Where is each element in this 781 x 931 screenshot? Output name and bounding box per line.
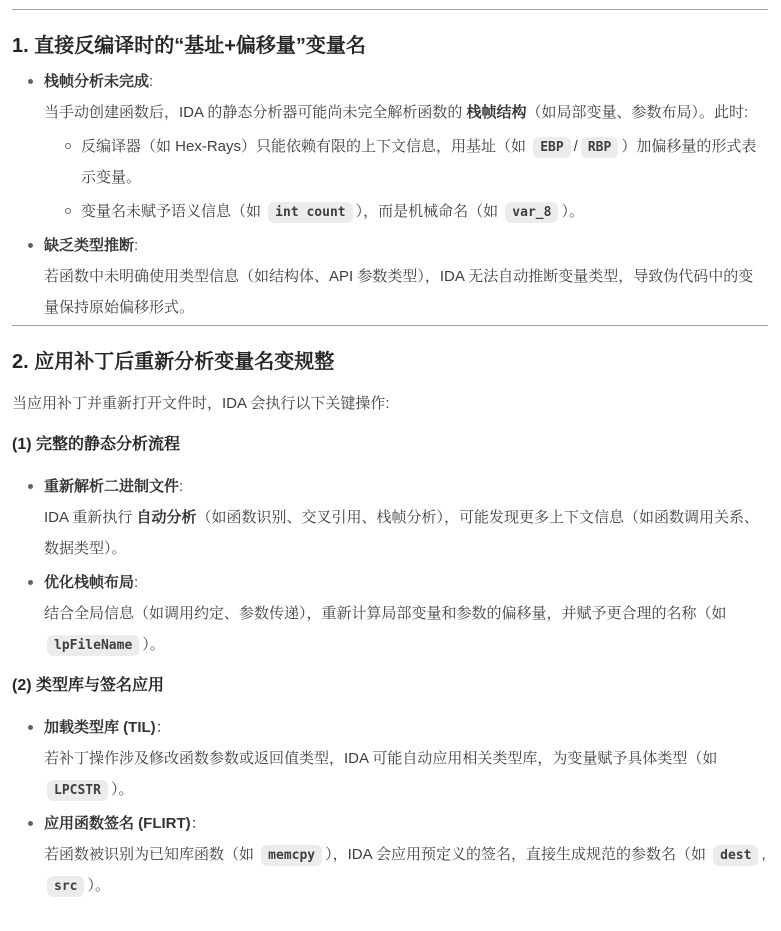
list-item-paragraph: 当手动创建函数后，IDA 的静态分析器可能尚未完全解析函数的 栈帧结构（如局部变… — [44, 97, 768, 128]
text-run: 若补丁操作涉及修改函数参数或返回值类型，IDA 可能自动应用相关类型库，为变量赋… — [44, 750, 717, 767]
divider-section — [12, 325, 768, 326]
text-run: ）。 — [87, 877, 110, 894]
subsection-2-list: 加载类型库 (TIL)： 若补丁操作涉及修改函数参数或返回值类型，IDA 可能自… — [12, 712, 768, 901]
list-item-type-inference: 缺乏类型推断: 若函数中未明确使用类型信息（如结构体、API 参数类型），IDA… — [44, 230, 768, 323]
list-item-label: 优化栈帧布局 — [44, 574, 134, 591]
code-span-lpcstr: LPCSTR — [47, 780, 108, 801]
list-item-label-line: 重新解析二进制文件: — [44, 471, 768, 502]
label-colon: ： — [191, 815, 206, 832]
list-item-stack-frame: 栈帧分析未完成: 当手动创建函数后，IDA 的静态分析器可能尚未完全解析函数的 … — [44, 66, 768, 227]
document: 1. 直接反编译时的“基址+偏移量”变量名 栈帧分析未完成: 当手动创建函数后，… — [0, 0, 781, 901]
code-span-int-count: int count — [268, 202, 352, 223]
section-2-intro: 当应用补丁并重新打开文件时，IDA 会执行以下关键操作: — [12, 388, 768, 419]
text-run: ）。 — [142, 636, 165, 653]
text-run: 若函数被识别为已知库函数（如 — [44, 846, 258, 863]
text-run: ），而是机械命名（如 — [356, 203, 503, 220]
section-1-heading: 1. 直接反编译时的“基址+偏移量”变量名 — [12, 32, 768, 60]
sublist-item-paragraph: 反编译器（如 Hex-Rays）只能依赖有限的上下文信息，用基址（如 EBP/R… — [81, 131, 768, 193]
list-item-flirt: 应用函数签名 (FLIRT)： 若函数被识别为已知库函数（如 memcpy），I… — [44, 808, 768, 901]
list-item-label-line: 栈帧分析未完成: — [44, 66, 768, 97]
section-2-heading: 2. 应用补丁后重新分析变量名变规整 — [12, 348, 768, 376]
subsection-1-heading: (1) 完整的静态分析流程 — [12, 433, 768, 457]
divider-top — [12, 9, 768, 10]
text-run: 若函数中未明确使用类型信息（如结构体、API 参数类型），IDA 无法自动推断变… — [44, 268, 753, 316]
subsection-2-heading: (2) 类型库与签名应用 — [12, 674, 768, 698]
list-item-reparse: 重新解析二进制文件: IDA 重新执行 自动分析（如函数识别、交叉引用、栈帧分析… — [44, 471, 768, 564]
list-item-til: 加载类型库 (TIL)： 若补丁操作涉及修改函数参数或返回值类型，IDA 可能自… — [44, 712, 768, 805]
code-span-memcpy: memcpy — [261, 845, 322, 866]
list-item-paragraph: 结合全局信息（如调用约定、参数传递），重新计算局部变量和参数的偏移量，并赋予更合… — [44, 598, 768, 660]
text-run: ）。 — [111, 781, 134, 798]
list-item-label: 应用函数签名 (FLIRT) — [44, 815, 191, 832]
code-span-ebp: EBP — [533, 137, 570, 158]
label-colon: : — [149, 73, 153, 90]
text-run: 结合全局信息（如调用约定、参数传递），重新计算局部变量和参数的偏移量，并赋予更合… — [44, 605, 727, 622]
sublist-item-decompiler: 反编译器（如 Hex-Rays）只能依赖有限的上下文信息，用基址（如 EBP/R… — [81, 131, 768, 193]
sublist-item-varname: 变量名未赋予语义信息（如 int count），而是机械命名（如 var_8）。 — [81, 196, 768, 227]
code-span-lpfilename: lpFileName — [47, 635, 139, 656]
code-span-dest: dest — [713, 845, 758, 866]
code-span-rbp: RBP — [581, 137, 618, 158]
list-item-label-line: 应用函数签名 (FLIRT)： — [44, 808, 768, 839]
sublist: 反编译器（如 Hex-Rays）只能依赖有限的上下文信息，用基址（如 EBP/R… — [44, 131, 768, 227]
list-item-paragraph: 若函数中未明确使用类型信息（如结构体、API 参数类型），IDA 无法自动推断变… — [44, 261, 768, 323]
list-item-label: 栈帧分析未完成 — [44, 73, 149, 90]
text-run: , — [761, 846, 765, 863]
text-run: 当手动创建函数后，IDA 的静态分析器可能尚未完全解析函数的 — [44, 104, 467, 121]
label-colon: : — [179, 478, 183, 495]
text-run: ）。 — [561, 203, 584, 220]
text-run: / — [574, 138, 578, 155]
list-item-label-line: 加载类型库 (TIL)： — [44, 712, 768, 743]
section-reanalysis: 2. 应用补丁后重新分析变量名变规整 当应用补丁并重新打开文件时，IDA 会执行… — [12, 348, 768, 901]
code-span-var8: var_8 — [505, 202, 558, 223]
text-run: 变量名未赋予语义信息（如 — [81, 203, 265, 220]
bold-run: 自动分析 — [137, 509, 197, 526]
text-run: IDA 重新执行 — [44, 509, 137, 526]
section-1-list: 栈帧分析未完成: 当手动创建函数后，IDA 的静态分析器可能尚未完全解析函数的 … — [12, 66, 768, 323]
code-span-src: src — [47, 876, 84, 897]
list-item-label-line: 缺乏类型推断: — [44, 230, 768, 261]
list-item-paragraph: 若函数被识别为已知库函数（如 memcpy），IDA 会应用预定义的签名，直接生… — [44, 839, 768, 901]
sublist-item-paragraph: 变量名未赋予语义信息（如 int count），而是机械命名（如 var_8）。 — [81, 196, 768, 227]
label-colon: : — [134, 237, 138, 254]
section-decompile-naming: 1. 直接反编译时的“基址+偏移量”变量名 栈帧分析未完成: 当手动创建函数后，… — [12, 32, 768, 323]
label-colon: ： — [156, 719, 171, 736]
list-item-label: 加载类型库 (TIL) — [44, 719, 156, 736]
list-item-label: 缺乏类型推断 — [44, 237, 134, 254]
label-colon: : — [134, 574, 138, 591]
list-item-paragraph: 若补丁操作涉及修改函数参数或返回值类型，IDA 可能自动应用相关类型库，为变量赋… — [44, 743, 768, 805]
text-run: 反编译器（如 Hex-Rays）只能依赖有限的上下文信息，用基址（如 — [81, 138, 530, 155]
list-item-paragraph: IDA 重新执行 自动分析（如函数识别、交叉引用、栈帧分析），可能发现更多上下文… — [44, 502, 768, 564]
list-item-label-line: 优化栈帧布局: — [44, 567, 768, 598]
subsection-1-list: 重新解析二进制文件: IDA 重新执行 自动分析（如函数识别、交叉引用、栈帧分析… — [12, 471, 768, 660]
text-run: ），IDA 会应用预定义的签名，直接生成规范的参数名（如 — [325, 846, 710, 863]
bold-run: 栈帧结构 — [467, 104, 527, 121]
text-run: （如局部变量、参数布局）。此时: — [527, 104, 749, 121]
list-item-label: 重新解析二进制文件 — [44, 478, 179, 495]
list-item-stack-layout: 优化栈帧布局: 结合全局信息（如调用约定、参数传递），重新计算局部变量和参数的偏… — [44, 567, 768, 660]
